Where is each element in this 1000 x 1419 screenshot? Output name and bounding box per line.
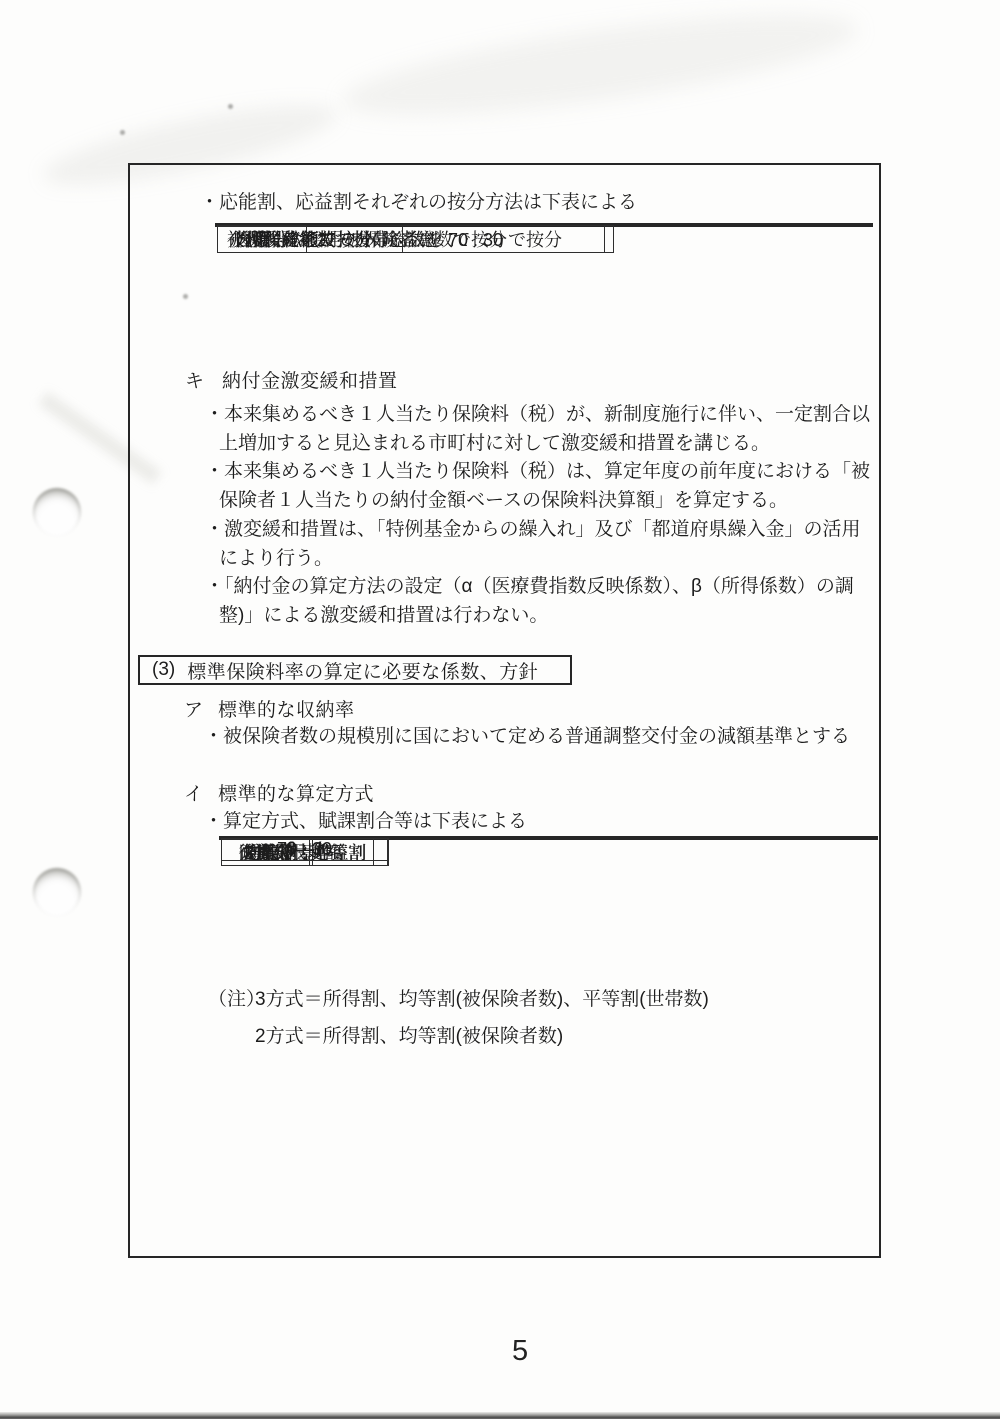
punch-hole (33, 868, 81, 916)
punch-hole (33, 488, 81, 536)
note-line: 2方式＝所得割、均等割(被保険者数) (208, 1018, 563, 1055)
note-line: （注）3方式＝所得割、均等割(被保険者数)、平等割(世帯数) (208, 981, 563, 1018)
subsection-i-title: 標準的な算定方式 (218, 784, 374, 805)
scan-speck (120, 130, 125, 135)
subsection-i-heading: イ標準的な算定方式 (184, 779, 374, 806)
intro-bullet: ・応能割、応益割それぞれの按分方法は下表による (200, 187, 637, 214)
subsection-i-bullet: ・算定方式、賦課割合等は下表による (204, 806, 527, 833)
subsection-a-title: 標準的な収納率 (218, 700, 355, 721)
cell: 介護保険第2号被保険者総数で按分 (217, 225, 614, 253)
bullet-line: ・「納付金の算定方法の設定（α（医療費指数反映係数）、β（所得係数）の調 (205, 573, 885, 602)
calculation-method-table: 方式 応能割 : 応益割 均等割 : 平等割 賦課限度額 医療分 3方式 β :… (219, 836, 878, 840)
bullet-line: ・激変緩和措置は、「特例基金からの繰入れ」及び「都道府県繰入金」の活用 (205, 516, 885, 545)
scan-smudge (338, 0, 863, 136)
cell: 政令基準 (221, 838, 374, 866)
section-ki-bullets: ・本来集めるべき１人当たり保険料（税）が、新制度施行に伴い、一定割合以 上増加す… (205, 401, 885, 631)
bullet-line: 保険者１人当たりの納付金額ベースの保険料決算額」を算定する。 (205, 487, 885, 516)
bullet-line: 整)」による激変緩和措置は行わない。 (205, 602, 885, 631)
bullet-line: ・本来集めるべき１人当たり保険料（税）が、新制度施行に伴い、一定割合以 (205, 401, 885, 430)
scan-edge-band (0, 1412, 1000, 1419)
section3-heading-box: (3)標準保険料率の算定に必要な係数、方針 (138, 655, 572, 685)
section3-number: (3) (152, 659, 175, 681)
section-ki-heading: キ納付金激変緩和措置 (185, 366, 398, 393)
bullet-line: により行う。 (205, 545, 885, 574)
note-text: 3方式＝所得割、均等割(被保険者数)、平等割(世帯数) (255, 981, 709, 1018)
subsection-i-label: イ (184, 784, 203, 805)
page-number: 5 (512, 1335, 528, 1368)
section-ki-title: 納付金激変緩和措置 (222, 371, 398, 392)
table-note: （注）3方式＝所得割、均等割(被保険者数)、平等割(世帯数) 2方式＝所得割、均… (208, 981, 563, 1055)
subsection-a-bullet: ・被保険者数の規模別に国において定める普通調整交付金の減額基準とする (204, 721, 850, 748)
subsection-a-heading: ア標準的な収納率 (184, 695, 355, 722)
note-label: （注） (208, 981, 255, 1018)
subsection-a-label: ア (184, 700, 203, 721)
section-ki-label: キ (185, 371, 204, 392)
scan-speck (228, 104, 233, 109)
apportionment-table: 応能割 応益割 医療分 所得総額で按分 被保険者総数・世帯総数を 70 : 30… (215, 223, 873, 227)
bullet-line: 上増加すると見込まれる市町村に対して激変緩和措置を講じる。 (205, 430, 885, 459)
document-frame: ・応能割、応益割それぞれの按分方法は下表による 応能割 応益割 医療分 所得総額… (128, 163, 881, 1258)
section3-title: 標準保険料率の算定に必要な係数、方針 (187, 657, 538, 684)
bullet-line: ・本来集めるべき１人当たり保険料（税）は、算定年度の前年度における「被 (205, 458, 885, 487)
